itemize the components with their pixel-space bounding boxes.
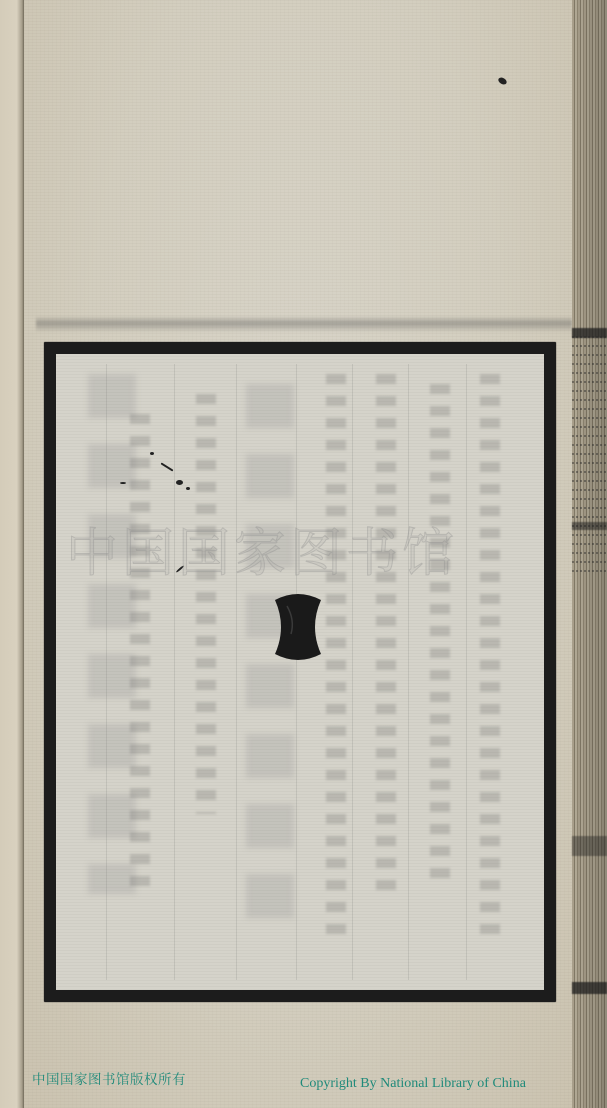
show-through-large-characters xyxy=(246,384,294,944)
column-rule xyxy=(466,364,467,980)
column-rule xyxy=(106,364,107,980)
ink-speck xyxy=(120,482,126,484)
scanned-page: 中国国家图书馆 中国国家图书馆版权所有 Copyright By Nationa… xyxy=(0,0,607,1108)
show-through-text-column xyxy=(196,394,216,814)
adjacent-page-edge xyxy=(0,0,24,1108)
edge-ink-mark xyxy=(572,522,607,530)
ink-speck xyxy=(150,452,154,455)
library-watermark: 中国国家图书馆 xyxy=(66,522,506,586)
fishtail-mark-icon xyxy=(273,590,323,664)
column-rule xyxy=(296,364,297,980)
copyright-cn: 中国国家图书馆版权所有 xyxy=(32,1068,186,1088)
ink-speck xyxy=(176,480,183,485)
edge-ink-mark xyxy=(572,836,607,856)
ink-speck xyxy=(186,487,190,490)
show-through-text-column xyxy=(430,384,450,884)
column-rule xyxy=(408,364,409,980)
printed-border-frame xyxy=(44,342,556,1002)
show-through-large-characters xyxy=(88,374,136,894)
copyright-en: Copyright By National Library of China xyxy=(300,1076,526,1092)
column-rule xyxy=(236,364,237,980)
edge-ink-mark xyxy=(572,982,607,994)
column-rule xyxy=(352,364,353,980)
show-through-text-column xyxy=(326,374,346,934)
show-through-text-column xyxy=(130,414,150,894)
edge-ink-ticks xyxy=(572,336,607,576)
ink-bleed-band xyxy=(36,316,572,332)
column-rule xyxy=(174,364,175,980)
show-through-text-column xyxy=(376,374,396,894)
show-through-text-column xyxy=(480,374,500,934)
